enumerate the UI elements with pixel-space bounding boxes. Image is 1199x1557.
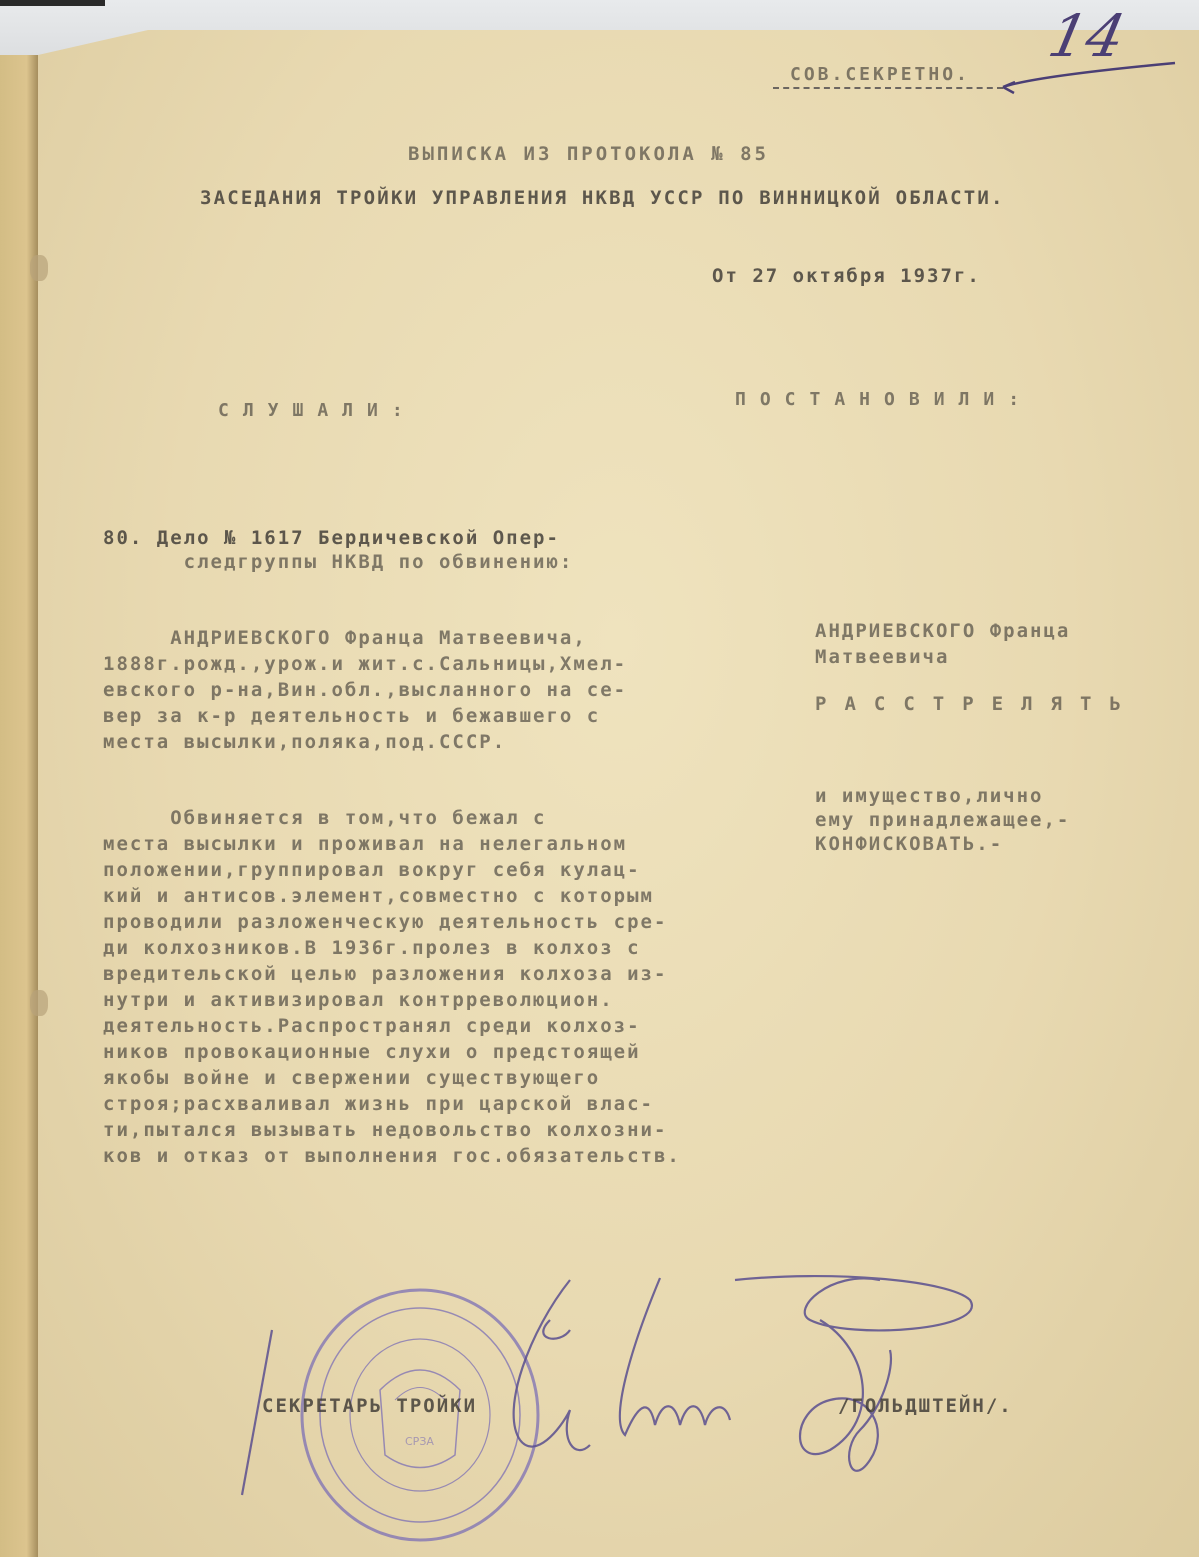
accusation-line: вредительской целью разложения колхоза и… xyxy=(103,963,667,985)
accusation-line: ников провокационные слухи о предстоящей xyxy=(103,1041,641,1063)
binding-hole xyxy=(30,255,48,281)
verdict-text: РАССТРЕЛЯТЬ xyxy=(815,693,1139,715)
resolved-heading: ПОСТАНОВИЛИ: xyxy=(735,389,1033,410)
accusation-line: места высылки и проживал на нелегальном xyxy=(103,833,627,855)
accusation-line: нутри и активизировал контрреволюцион. xyxy=(103,989,614,1011)
accusation-line: якобы войне и свержении существующего xyxy=(103,1067,600,1089)
accusation-line: кий и антисов.элемент,совместно с которы… xyxy=(103,885,654,907)
document-title: ВЫПИСКА ИЗ ПРОТОКОЛА № 85 xyxy=(408,143,769,165)
accusation-line: Обвиняется в том,что бежал с xyxy=(103,807,547,829)
person-line: места высылки,поляка,под.СССР. xyxy=(103,731,506,753)
case-header-line: 80. Дело № 1617 Бердичевской Опер- xyxy=(103,527,560,549)
person-line: евского р-на,Вин.обл.,высланного на се- xyxy=(103,679,627,701)
property-line: и имущество,лично xyxy=(815,785,1043,807)
property-line: ему принадлежащее,- xyxy=(815,809,1070,831)
person-line: АНДРИЕВСКОГО Франца Матвеевича, xyxy=(103,627,587,649)
accusation-line: ков и отказ от выполнения гос.обязательс… xyxy=(103,1145,681,1167)
person-line: вер за к-р деятельность и бежавшего с xyxy=(103,705,600,727)
document-date: От 27 октября 1937г. xyxy=(712,265,981,287)
accusation-line: деятельность.Распространял среди колхоз- xyxy=(103,1015,641,1037)
decision-name-line: АНДРИЕВСКОГО Франца xyxy=(815,620,1070,642)
property-line: КОНФИСКОВАТЬ.- xyxy=(815,833,1003,855)
document-subtitle: ЗАСЕДАНИЯ ТРОЙКИ УПРАВЛЕНИЯ НКВД УССР ПО… xyxy=(200,187,1005,209)
accusation-line: ти,пытался вызывать недовольство колхозн… xyxy=(103,1119,667,1141)
case-header-line: следгруппы НКВД по обвинению: xyxy=(103,551,573,573)
accusation-line: строя;расхваливал жизнь при царской влас… xyxy=(103,1093,654,1115)
binding-hole xyxy=(30,990,48,1016)
person-line: 1888г.рожд.,урож.и жит.с.Сальницы,Хмел- xyxy=(103,653,627,675)
decision-name-line: Матвеевича xyxy=(815,646,949,668)
signature-title: СЕКРЕТАРЬ ТРОЙКИ xyxy=(262,1395,477,1417)
ink-arrow-mark xyxy=(0,0,1199,120)
accusation-line: ди колхозников.В 1936г.пролез в колхоз с xyxy=(103,937,641,959)
signatory-name: /ГОЛЬДШТЕЙН/. xyxy=(838,1395,1013,1417)
handwritten-signature xyxy=(230,1270,990,1500)
heard-heading: СЛУШАЛИ: xyxy=(218,400,417,421)
accusation-line: положении,группировал вокруг себя кулац- xyxy=(103,859,641,881)
accusation-line: проводили разложенческую деятельность ср… xyxy=(103,911,667,933)
